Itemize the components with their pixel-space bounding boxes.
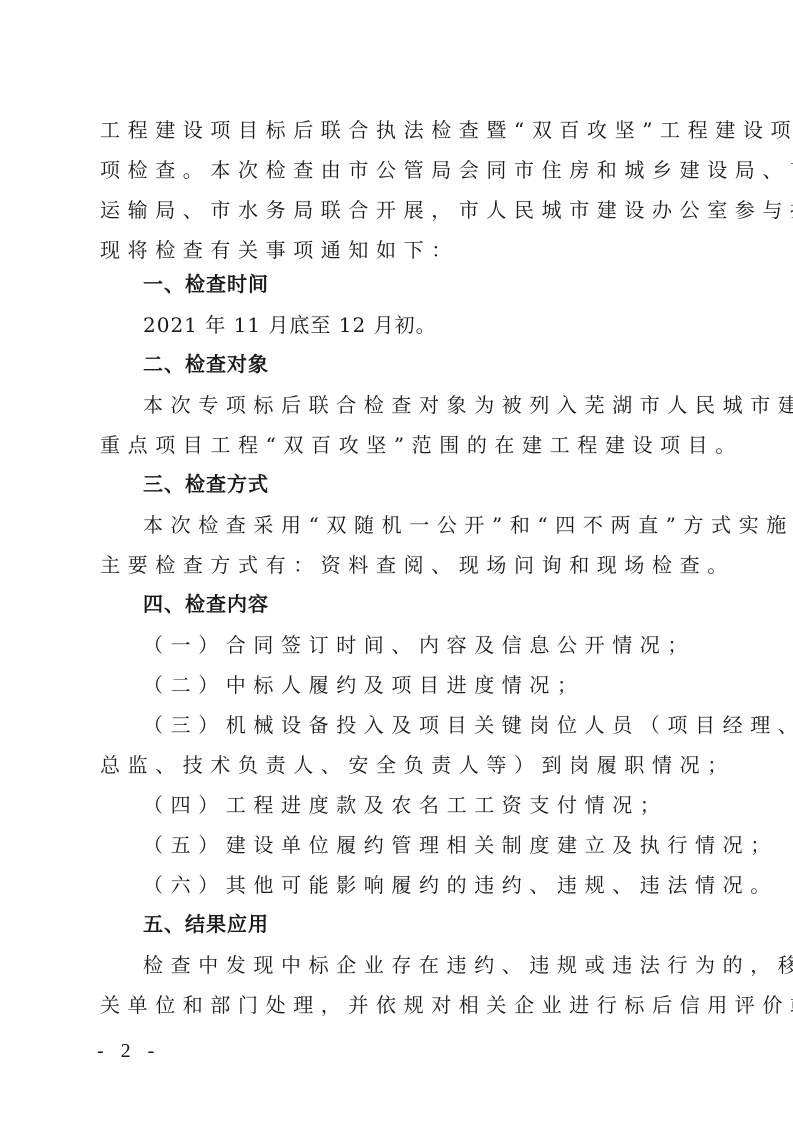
section-line: 关单位和部门处理，并依规对相关企业进行标后信用评价或记标 [100, 991, 700, 1019]
section-line: （一）合同签订时间、内容及信息公开情况； [143, 631, 743, 659]
intro-line: 工程建设项目标后联合执法检查暨“双百攻坚”工程建设项目专 [100, 116, 700, 144]
section-line: （三）机械设备投入及项目关键岗位人员（项目经理、项目 [143, 711, 743, 739]
section-line: 检查中发现中标企业存在违约、违规或违法行为的，移交相 [143, 951, 743, 979]
section-heading: 四、检查内容 [143, 590, 743, 618]
page-number: - 2 - [97, 1040, 160, 1063]
section-line: 本次检查采用“双随机一公开”和“四不两直”方式实施， [143, 511, 743, 539]
section-heading: 一、检查时间 [143, 270, 743, 298]
section-line: 2021 年 11 月底至 12 月初。 [143, 311, 743, 339]
document-page: 工程建设项目标后联合执法检查暨“双百攻坚”工程建设项目专 项检查。本次检查由市公… [0, 0, 793, 1122]
section-heading: 五、结果应用 [143, 910, 743, 938]
section-line: 主要检查方式有：资料查阅、现场问询和现场检查。 [100, 551, 700, 579]
intro-line: 运输局、市水务局联合开展，市人民城市建设办公室参与指导。 [100, 196, 700, 224]
section-line: 总监、技术负责人、安全负责人等）到岗履职情况； [100, 751, 700, 779]
intro-line: 现将检查有关事项通知如下： [100, 236, 700, 264]
section-heading: 三、检查方式 [143, 470, 743, 498]
section-line: （四）工程进度款及农名工工资支付情况； [143, 791, 743, 819]
section-line: 本次专项标后联合检查对象为被列入芜湖市人民城市建设 [143, 391, 743, 419]
section-line: （二）中标人履约及项目进度情况； [143, 671, 743, 699]
section-line: 重点项目工程“双百攻坚”范围的在建工程建设项目。 [100, 431, 700, 459]
section-line: （六）其他可能影响履约的违约、违规、违法情况。 [143, 871, 743, 899]
section-line: （五）建设单位履约管理相关制度建立及执行情况； [143, 831, 743, 859]
intro-line: 项检查。本次检查由市公管局会同市住房和城乡建设局、市交通 [100, 156, 700, 184]
section-heading: 二、检查对象 [143, 350, 743, 378]
